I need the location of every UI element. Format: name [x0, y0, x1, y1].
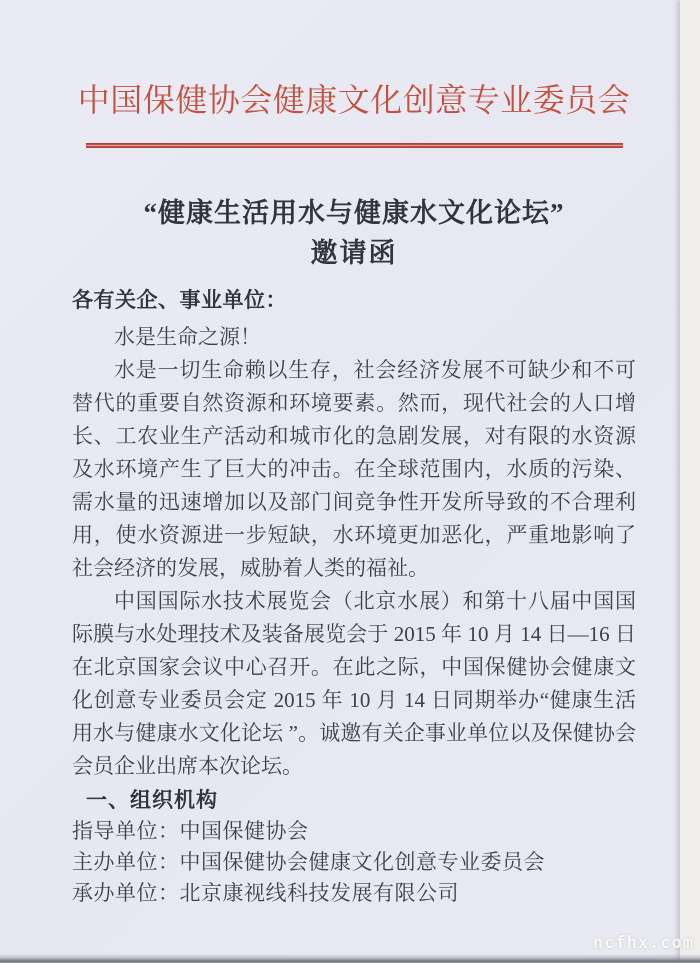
body-paragraph-1: 水是一切生命赖以生存，社会经济发展不可缺少和不可替代的重要自然资源和环境要素。然…: [72, 354, 636, 585]
section-heading-organization: 一、组织机构: [72, 785, 636, 816]
org-line-organizer-unit: 承办单位：北京康视线科技发展有限公司: [72, 878, 636, 909]
org-line-host-unit: 主办单位：中国保健协会健康文化创意专业委员会: [72, 847, 636, 878]
paper-right-edge: [680, 0, 700, 963]
letter-content: 中国保健协会健康文化创意专业委员会 “健康生活用水与健康水文化论坛” 邀请函 各…: [72, 0, 636, 909]
document-type-heading: 邀请函: [72, 234, 636, 272]
salutation: 各有关企、事业单位：: [72, 284, 636, 317]
forum-title: “健康生活用水与健康水文化论坛”: [72, 194, 636, 232]
organization-title: 中国保健协会健康文化创意专业委员会: [72, 84, 636, 117]
intro-line: 水是生命之源！: [72, 321, 636, 354]
red-divider-rule: [86, 143, 623, 148]
org-line-guiding-unit: 指导单位：中国保健协会: [72, 816, 636, 847]
scanned-invitation-letter: 中国保健协会健康文化创意专业委员会 “健康生活用水与健康水文化论坛” 邀请函 各…: [0, 0, 700, 963]
watermark-text: ncfhx.com: [593, 933, 694, 953]
body-paragraph-2: 中国国际水技术展览会（北京水展）和第十八届中国国际膜与水处理技术及装备展览会于 …: [72, 585, 636, 783]
paper-bottom-edge: [0, 954, 700, 963]
